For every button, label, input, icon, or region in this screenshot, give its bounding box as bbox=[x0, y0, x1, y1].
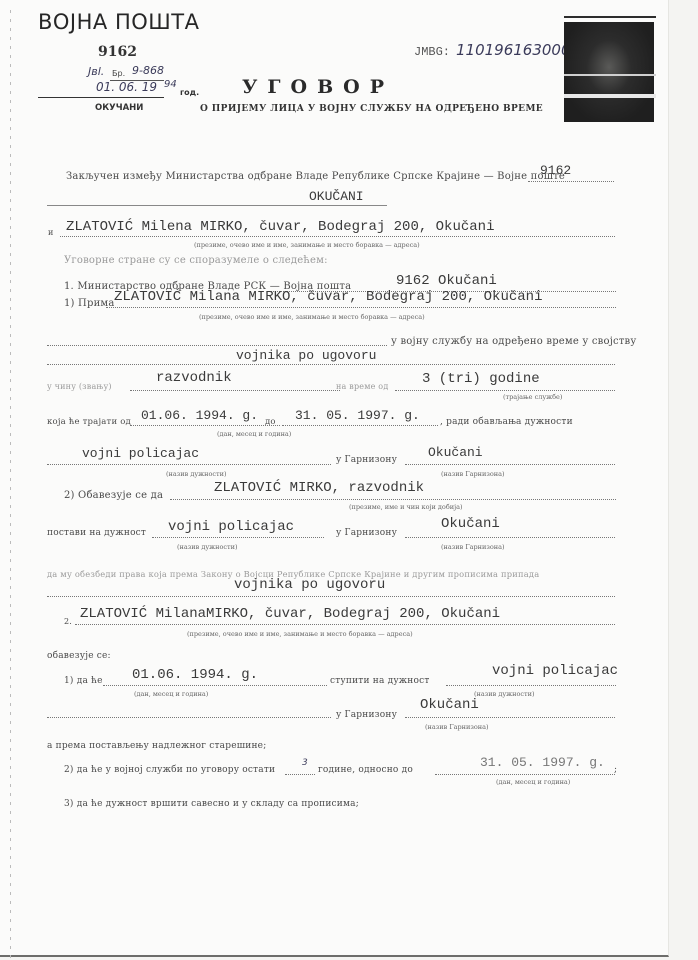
post-garrison-value: Okučani bbox=[441, 516, 500, 532]
o2-mid: године, односно до bbox=[318, 765, 413, 775]
jmbg-label: JMBG: bbox=[414, 45, 450, 59]
garrison-label: у Гарнизону bbox=[336, 455, 397, 465]
superior-text: а према постављењу надлежног старешине; bbox=[47, 741, 266, 751]
jmbg-value: 110196163000? bbox=[456, 41, 578, 59]
s2-value: ZLATOVIĆ MilanaMIRKO, čuvar, Bodegraj 20… bbox=[80, 606, 500, 622]
rank-value: razvodnik bbox=[156, 370, 232, 386]
term-hint: (трајање службе) bbox=[503, 393, 562, 401]
o2-label: 2) да ће у војној служби по уговору оста… bbox=[64, 765, 275, 775]
post-garrison-label: у Гарнизону bbox=[336, 528, 397, 538]
org-number: 9162 bbox=[98, 44, 137, 60]
intro-person-hint: (презиме, очево име и име, занимање и ме… bbox=[194, 241, 420, 249]
org-name: ВОЈНА ПОШТА bbox=[38, 10, 199, 34]
dates-hint: (дан, месец и година) bbox=[217, 430, 291, 438]
o1-duty-hint: (назив дужности) bbox=[474, 690, 535, 698]
from-label: која ће трајати од bbox=[47, 417, 131, 427]
s1-2-hint: (презиме, име и чин који добија) bbox=[349, 503, 463, 511]
o1-duty: vojni policajac bbox=[492, 663, 618, 679]
s1-1-value: ZLATOVIĆ Milana MIRKO, čuvar, Bodegraj 2… bbox=[114, 289, 542, 305]
duty-value: vojni policajac bbox=[82, 446, 199, 461]
reg-number: 9-868 bbox=[132, 64, 164, 77]
o1-hint: (дан, месец и година) bbox=[134, 690, 208, 698]
s1-value: 9162 Okučani bbox=[396, 273, 497, 289]
from-value: 01.06. 1994. g. bbox=[141, 408, 258, 423]
to-value: 31. 05. 1997. g. bbox=[295, 408, 420, 423]
obliges-text: обавезује се: bbox=[47, 651, 111, 661]
post-hint: (назив дужности) bbox=[177, 543, 238, 551]
term-value: 3 (tri) godine bbox=[422, 371, 540, 387]
o1-garrison-label: у Гарнизону bbox=[336, 710, 397, 720]
reg-prefix: Јвl. bbox=[88, 65, 104, 78]
redacted-photo bbox=[564, 16, 656, 122]
o2-hint: (дан, месец и година) bbox=[496, 778, 570, 786]
term-label: на време од bbox=[336, 382, 388, 391]
doc-date-year: 94 bbox=[164, 79, 177, 90]
duty-hint: (назив дужности) bbox=[166, 470, 227, 478]
post-garrison-hint: (назив Гарнизона) bbox=[441, 543, 505, 551]
intro-person: ZLATOVIĆ Milena MIRKO, čuvar, Bodegraj 2… bbox=[66, 219, 494, 235]
doc-date: 01. 06. 19 bbox=[96, 80, 157, 94]
s2-label: 2. bbox=[64, 617, 72, 626]
post-value: vojni policajac bbox=[168, 519, 294, 535]
o2-years: 3 bbox=[302, 758, 308, 768]
o1-garrison-hint: (назив Гарнизона) bbox=[425, 723, 489, 731]
post-label: постави на дужност bbox=[47, 528, 146, 538]
o1-label: 1) да ће bbox=[64, 676, 103, 686]
god-label: год. bbox=[180, 88, 199, 97]
o3-text: 3) да ће дужност вршити савесно и у скла… bbox=[64, 799, 359, 809]
reg-label: Бр. bbox=[112, 69, 125, 78]
document-subtitle: О ПРИЈЕМУ ЛИЦА У ВОЈНУ СЛУЖБУ НА ОДРЕЂЕН… bbox=[200, 104, 543, 114]
place-stamp: ОКУЧАНИ bbox=[95, 103, 143, 113]
intro-post-place: OKUČANI bbox=[309, 189, 364, 204]
document-title: УГОВОР bbox=[242, 76, 394, 98]
o1-garrison-value: Okučani bbox=[420, 697, 479, 713]
rights-value: vojnika po ugovoru bbox=[234, 577, 385, 593]
o2-until: 31. 05. 1997. g. bbox=[480, 755, 605, 770]
s1-2-value: ZLATOVIĆ MIRKO, razvodnik bbox=[214, 480, 424, 496]
s1-2-label: 2) Обавезује се да bbox=[64, 490, 163, 501]
date-underline bbox=[38, 97, 164, 98]
s1-1-hint: (презиме, очево име и име, занимање и ме… bbox=[199, 313, 425, 321]
s2-hint: (презиме, очево име и име, занимање и ме… bbox=[187, 630, 413, 638]
o1-mid: ступити на дужност bbox=[330, 676, 430, 686]
rank-label: у чину (звању) bbox=[47, 382, 112, 391]
intro-post-number: 9162 bbox=[540, 163, 571, 178]
o1-value: 01.06. 1994. g. bbox=[132, 667, 258, 683]
service-text: у војну службу на одређено време у својс… bbox=[391, 336, 636, 347]
agreement-lead: Уговорне стране су се споразумеле о след… bbox=[64, 255, 328, 266]
scan-edge-mark bbox=[10, 10, 11, 960]
intro-text: Закључен између Министарства одбране Вла… bbox=[66, 171, 565, 182]
duty-text: , ради обављања дужности bbox=[440, 417, 573, 427]
capacity-value: vojnika po ugovoru bbox=[236, 348, 376, 363]
document-page: ВОЈНА ПОШТА 9162 Јвl. Бр. 9-868 01. 06. … bbox=[0, 0, 669, 957]
and-label: и bbox=[48, 228, 54, 237]
to-label: до bbox=[265, 417, 276, 427]
garrison-hint: (назив Гарнизона) bbox=[441, 470, 505, 478]
garrison-value: Okučani bbox=[428, 445, 483, 460]
